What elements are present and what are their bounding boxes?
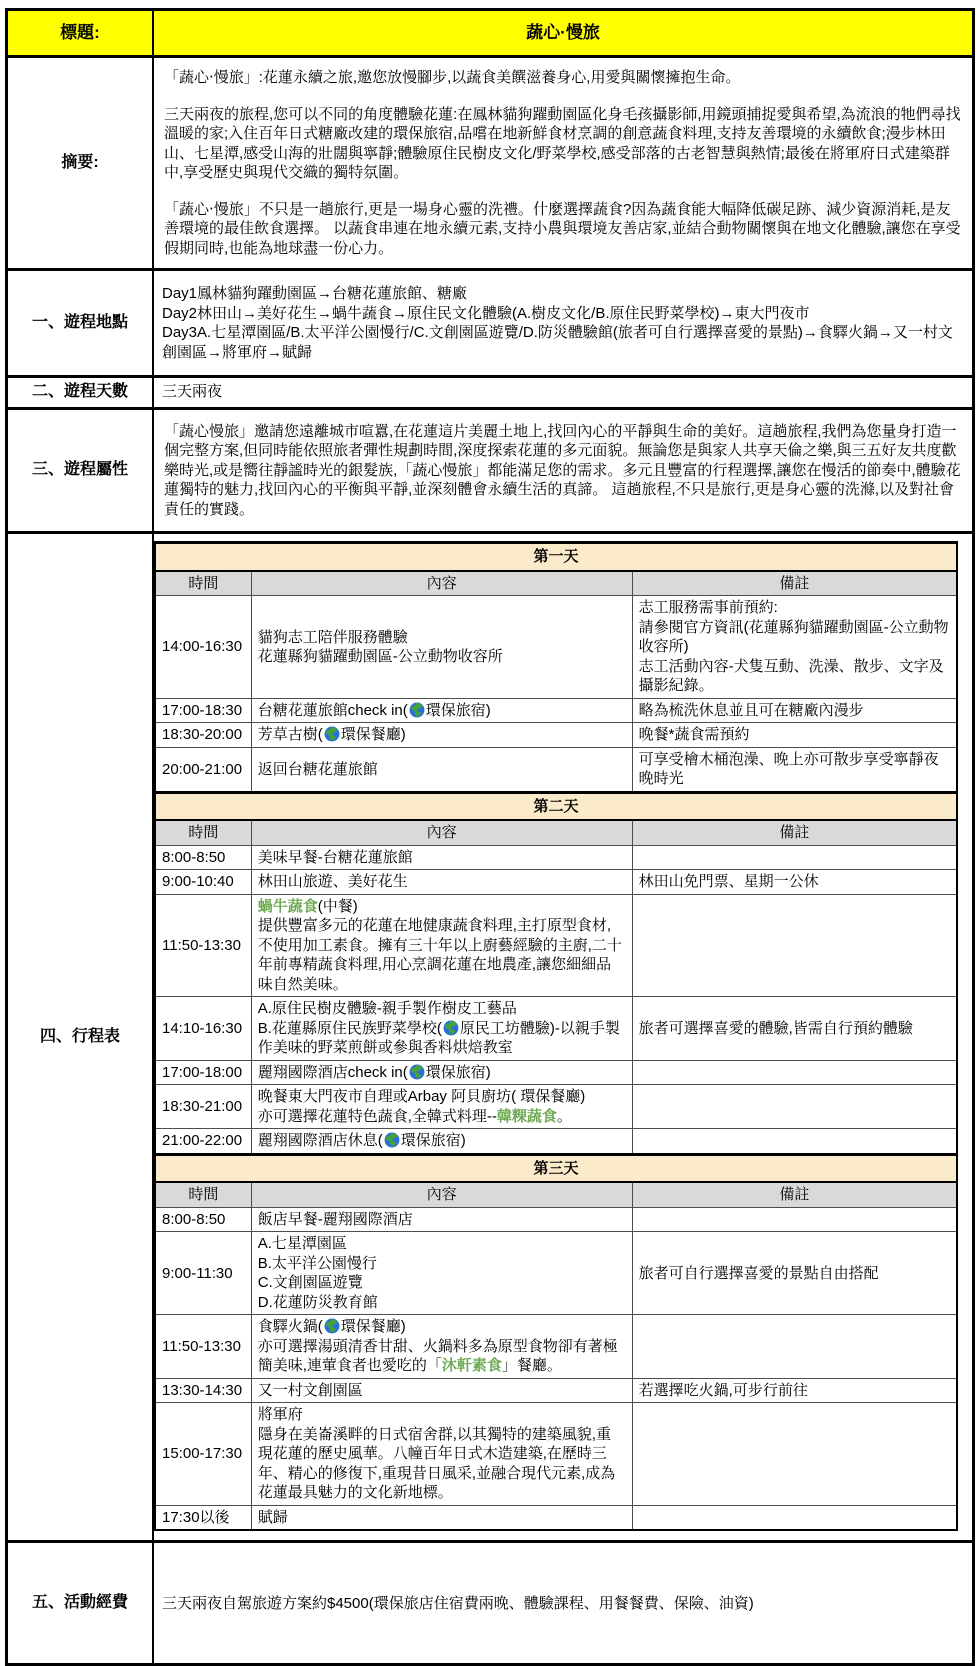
content-cell: 賦歸 bbox=[251, 1505, 632, 1530]
time-cell: 18:30-21:00 bbox=[155, 1085, 251, 1129]
content-text: 」餐廳。 bbox=[502, 1357, 562, 1374]
section-label-budget: 五、活動經費 bbox=[8, 1543, 154, 1663]
note-cell: 旅者可選擇喜愛的體驗,皆需自行預約體驗 bbox=[632, 997, 957, 1061]
note-cell bbox=[632, 845, 957, 870]
time-cell: 11:50-13:30 bbox=[155, 1315, 251, 1379]
summary-text: 「蔬心‧慢旅」:花蓮永續之旅,邀您放慢腳步,以蔬食美饌滋養身心,用愛與關懷擁抱生… bbox=[154, 58, 972, 268]
locations-day1: Day1鳳林貓狗躍動園區→台糖花蓮旅館、糖廠 bbox=[162, 284, 964, 304]
earth-globe-icon bbox=[324, 726, 340, 742]
time-cell: 17:00-18:30 bbox=[155, 698, 251, 723]
restaurant-name-highlight: 沐軒素食 bbox=[442, 1357, 502, 1374]
note-cell bbox=[632, 1207, 957, 1232]
section-label-locations: 一、遊程地點 bbox=[8, 271, 154, 375]
column-header-row: 時間 內容 備註 bbox=[155, 820, 957, 845]
time-cell: 17:00-18:00 bbox=[155, 1060, 251, 1085]
earth-globe-icon bbox=[324, 1318, 340, 1334]
time-cell: 8:00-8:50 bbox=[155, 845, 251, 870]
section-label-schedule: 四、行程表 bbox=[8, 534, 154, 1540]
row-title: 標題: 蔬心·慢旅 bbox=[8, 11, 972, 55]
row-attributes: 三、遊程屬性 「蔬心慢旅」邀請您遠離城市喧囂,在花蓮這片美麗土地上,找回內心的平… bbox=[8, 407, 972, 532]
page-title: 蔬心·慢旅 bbox=[154, 11, 972, 55]
schedule-row: 8:00-8:50 美味早餐-台糖花蓮旅館 bbox=[155, 845, 957, 870]
note-cell: 林田山免門票、星期一公休 bbox=[632, 870, 957, 895]
schedule-row: 9:00-10:40 林田山旅遊、美好花生 林田山免門票、星期一公休 bbox=[155, 870, 957, 895]
note-cell: 若選擇吃火鍋,可步行前往 bbox=[632, 1378, 957, 1403]
title-label: 標題: bbox=[8, 11, 154, 55]
note-cell bbox=[632, 1085, 957, 1129]
schedule-row: 14:00-16:30 貓狗志工陪伴服務體驗 花蓮縣狗貓躍動園區-公立動物收容所… bbox=[155, 596, 957, 699]
note-cell: 晚餐*蔬食需預約 bbox=[632, 723, 957, 748]
time-cell: 14:00-16:30 bbox=[155, 596, 251, 699]
schedule-row: 11:50-13:30 蝸牛蔬食(中餐) 提供豐富多元的花蓮在地健康蔬食料理,主… bbox=[155, 894, 957, 997]
row-schedule: 四、行程表 第一天 時間 內容 備註 14:00-16:30 貓狗志工陪伴服務體… bbox=[8, 531, 972, 1540]
schedule-row: 8:00-8:50 飯店早餐-麗翔國際酒店 bbox=[155, 1207, 957, 1232]
content-line: A.原住民樹皮體驗-親手製作樹皮工藝品 bbox=[258, 999, 626, 1019]
content-cell: 蝸牛蔬食(中餐) 提供豐富多元的花蓮在地健康蔬食料理,主打原型食材,不使用加工素… bbox=[251, 894, 632, 997]
content-cell: 食驛火鍋(環保餐廳) 亦可選擇湯頭清香甘甜、火鍋料多為原型食物卻有著極簡美味,連… bbox=[251, 1315, 632, 1379]
schedule-table: 第一天 時間 內容 備註 14:00-16:30 貓狗志工陪伴服務體驗 花蓮縣狗… bbox=[154, 541, 958, 1531]
note-cell: 可享受檜木桶泡澡、晚上亦可散步享受寧靜夜晚時光 bbox=[632, 747, 957, 792]
note-cell bbox=[632, 1060, 957, 1085]
section-label-duration: 二、遊程天數 bbox=[8, 378, 154, 407]
content-body: 亦可選擇湯頭清香甘甜、火鍋料多為原型食物卻有著極簡美味,連葷食者也愛吃的「沐軒素… bbox=[258, 1337, 626, 1376]
schedule-row: 21:00-22:00 麗翔國際酒店休息(環保旅宿) bbox=[155, 1129, 957, 1155]
content-cell: 將軍府 隱身在美崙溪畔的日式宿舍群,以其獨特的建築風貌,重現花蓮的歷史風華。八幢… bbox=[251, 1403, 632, 1506]
content-cell: 返回台糖花蓮旅館 bbox=[251, 747, 632, 792]
restaurant-name-highlight: 蝸牛蔬食 bbox=[258, 898, 318, 915]
content-cell: 麗翔國際酒店休息(環保旅宿) bbox=[251, 1129, 632, 1155]
time-cell: 13:30-14:30 bbox=[155, 1378, 251, 1403]
locations-day2: Day2林田山→美好花生→蝸牛蔬食→原住民文化體驗(A.樹皮文化/B.原住民野菜… bbox=[162, 304, 964, 324]
restaurant-name-highlight: 韓粿蔬食 bbox=[497, 1108, 557, 1125]
col-header-note: 備註 bbox=[632, 1182, 957, 1207]
content-text: B.花蓮縣原住民族野菜學校( bbox=[258, 1020, 442, 1037]
row-summary: 摘要: 「蔬心‧慢旅」:花蓮永續之旅,邀您放慢腳步,以蔬食美饌滋養身心,用愛與關… bbox=[8, 55, 972, 268]
content-text: 亦可選擇湯頭清香甘甜、火鍋料多為原型食物卻有著極簡美味,連葷食者也愛吃的「 bbox=[258, 1338, 618, 1375]
content-text: 食驛火鍋( bbox=[258, 1318, 323, 1335]
time-cell: 9:00-10:40 bbox=[155, 870, 251, 895]
earth-globe-icon bbox=[409, 1064, 425, 1080]
time-cell: 15:00-17:30 bbox=[155, 1403, 251, 1506]
note-cell: 旅者可自行選擇喜愛的景點自由搭配 bbox=[632, 1232, 957, 1315]
content-text: 麗翔國際酒店check in( bbox=[258, 1064, 408, 1081]
section-label-summary: 摘要: bbox=[8, 58, 154, 268]
day-band: 第一天 bbox=[155, 543, 957, 571]
content-cell: A.七星潭園區 B.太平洋公園慢行 C.文創園區遊覽 D.花蓮防災教育館 bbox=[251, 1232, 632, 1315]
day-3: 第三天 時間 內容 備註 8:00-8:50 飯店早餐-麗翔國際酒店 9:00-… bbox=[155, 1154, 957, 1530]
column-header-row: 時間 內容 備註 bbox=[155, 1182, 957, 1207]
time-cell: 14:10-16:30 bbox=[155, 997, 251, 1061]
col-header-time: 時間 bbox=[155, 1182, 251, 1207]
time-cell: 11:50-13:30 bbox=[155, 894, 251, 997]
time-cell: 9:00-11:30 bbox=[155, 1232, 251, 1315]
content-text: 。 bbox=[557, 1108, 572, 1125]
note-cell bbox=[632, 1403, 957, 1506]
col-header-time: 時間 bbox=[155, 571, 251, 596]
content-cell: 芳草古樹(環保餐廳) bbox=[251, 723, 632, 748]
time-cell: 8:00-8:50 bbox=[155, 1207, 251, 1232]
column-header-row: 時間 內容 備註 bbox=[155, 571, 957, 596]
schedule-row: 20:00-21:00 返回台糖花蓮旅館 可享受檜木桶泡澡、晚上亦可散步享受寧靜… bbox=[155, 747, 957, 792]
locations-day3: Day3A.七星潭園區/B.太平洋公園慢行/C.文創園區遊覽/D.防災體驗館(旅… bbox=[162, 323, 964, 362]
content-cell: 美味早餐-台糖花蓮旅館 bbox=[251, 845, 632, 870]
day-1: 第一天 時間 內容 備註 14:00-16:30 貓狗志工陪伴服務體驗 花蓮縣狗… bbox=[155, 543, 957, 793]
note-cell bbox=[632, 1505, 957, 1530]
schedule-row: 13:30-14:30 又一村文創園區 若選擇吃火鍋,可步行前往 bbox=[155, 1378, 957, 1403]
col-header-content: 內容 bbox=[251, 1182, 632, 1207]
summary-paragraph: 「蔬心‧慢旅」不只是一趟旅行,更是一場身心靈的洗禮。什麼選擇蔬食?因為蔬食能大幅… bbox=[164, 200, 962, 259]
row-duration: 二、遊程天數 三天兩夜 bbox=[8, 375, 972, 407]
content-cell: A.原住民樹皮體驗-親手製作樹皮工藝品 B.花蓮縣原住民族野菜學校(原民工坊體驗… bbox=[251, 997, 632, 1061]
note-cell: 略為梳洗休息並且可在糖廠內漫步 bbox=[632, 698, 957, 723]
locations-text: Day1鳳林貓狗躍動園區→台糖花蓮旅館、糖廠 Day2林田山→美好花生→蝸牛蔬食… bbox=[154, 271, 972, 375]
note-cell bbox=[632, 894, 957, 997]
itinerary-document: 標題: 蔬心·慢旅 摘要: 「蔬心‧慢旅」:花蓮永續之旅,邀您放慢腳步,以蔬食美… bbox=[5, 8, 975, 1666]
content-line: 食驛火鍋(環保餐廳) bbox=[258, 1317, 626, 1337]
content-text: 環保旅宿) bbox=[426, 1064, 491, 1081]
schedule-row: 18:30-21:00 晚餐東大門夜市自理或Arbay 阿貝廚坊( 環保餐廳) … bbox=[155, 1085, 957, 1129]
schedule-row: 17:00-18:00 麗翔國際酒店check in(環保旅宿) bbox=[155, 1060, 957, 1085]
content-cell: 林田山旅遊、美好花生 bbox=[251, 870, 632, 895]
content-cell: 又一村文創園區 bbox=[251, 1378, 632, 1403]
col-header-note: 備註 bbox=[632, 571, 957, 596]
content-cell: 台糖花蓮旅館check in(環保旅宿) bbox=[251, 698, 632, 723]
attributes-text: 「蔬心慢旅」邀請您遠離城市喧囂,在花蓮這片美麗土地上,找回內心的平靜與生命的美好… bbox=[154, 410, 972, 532]
content-cell: 飯店早餐-麗翔國際酒店 bbox=[251, 1207, 632, 1232]
content-text: 環保旅宿) bbox=[426, 702, 491, 719]
section-label-attributes: 三、遊程屬性 bbox=[8, 410, 154, 532]
schedule-row: 11:50-13:30 食驛火鍋(環保餐廳) 亦可選擇湯頭清香甘甜、火鍋料多為原… bbox=[155, 1315, 957, 1379]
schedule-row: 15:00-17:30 將軍府 隱身在美崙溪畔的日式宿舍群,以其獨特的建築風貌,… bbox=[155, 1403, 957, 1506]
note-cell bbox=[632, 1129, 957, 1155]
day-2: 第二天 時間 內容 備註 8:00-8:50 美味早餐-台糖花蓮旅館 9:00-… bbox=[155, 792, 957, 1154]
content-cell: 晚餐東大門夜市自理或Arbay 阿貝廚坊( 環保餐廳) 亦可選擇花蓮特色蔬食,全… bbox=[251, 1085, 632, 1129]
row-locations: 一、遊程地點 Day1鳳林貓狗躍動園區→台糖花蓮旅館、糖廠 Day2林田山→美好… bbox=[8, 268, 972, 375]
schedule-row: 14:10-16:30 A.原住民樹皮體驗-親手製作樹皮工藝品 B.花蓮縣原住民… bbox=[155, 997, 957, 1061]
day-band: 第二天 bbox=[155, 792, 957, 820]
col-header-content: 內容 bbox=[251, 571, 632, 596]
schedule-row: 9:00-11:30 A.七星潭園區 B.太平洋公園慢行 C.文創園區遊覽 D.… bbox=[155, 1232, 957, 1315]
time-cell: 17:30以後 bbox=[155, 1505, 251, 1530]
summary-paragraph: 三天兩夜的旅程,您可以不同的角度體驗花蓮:在鳳林貓狗躍動園區化身毛孩攝影師,用鏡… bbox=[164, 105, 962, 183]
day-band: 第三天 bbox=[155, 1154, 957, 1182]
content-line: 蝸牛蔬食(中餐) bbox=[258, 897, 626, 917]
content-text: (中餐) bbox=[318, 898, 358, 915]
content-cell: 麗翔國際酒店check in(環保旅宿) bbox=[251, 1060, 632, 1085]
content-text: 麗翔國際酒店休息( bbox=[258, 1132, 383, 1149]
content-body: 提供豐富多元的花蓮在地健康蔬食料理,主打原型食材,不使用加工素食。擁有三十年以上… bbox=[258, 916, 626, 994]
content-cell: 貓狗志工陪伴服務體驗 花蓮縣狗貓躍動園區-公立動物收容所 bbox=[251, 596, 632, 699]
content-line: B.花蓮縣原住民族野菜學校(原民工坊體驗)-以親手製作美味的野菜煎餅或參與香料烘… bbox=[258, 1019, 626, 1058]
earth-globe-icon bbox=[409, 702, 425, 718]
schedule-cell: 第一天 時間 內容 備註 14:00-16:30 貓狗志工陪伴服務體驗 花蓮縣狗… bbox=[154, 534, 972, 1540]
earth-globe-icon bbox=[443, 1020, 459, 1036]
content-text: 環保餐廳) bbox=[341, 726, 406, 743]
col-header-content: 內容 bbox=[251, 820, 632, 845]
time-cell: 18:30-20:00 bbox=[155, 723, 251, 748]
content-text: 環保旅宿) bbox=[401, 1132, 466, 1149]
col-header-time: 時間 bbox=[155, 820, 251, 845]
time-cell: 20:00-21:00 bbox=[155, 747, 251, 792]
earth-globe-icon bbox=[384, 1132, 400, 1148]
summary-paragraph: 「蔬心‧慢旅」:花蓮永續之旅,邀您放慢腳步,以蔬食美饌滋養身心,用愛與關懷擁抱生… bbox=[164, 68, 962, 88]
schedule-row: 18:30-20:00 芳草古樹(環保餐廳) 晚餐*蔬食需預約 bbox=[155, 723, 957, 748]
schedule-row: 17:30以後 賦歸 bbox=[155, 1505, 957, 1530]
content-text: 台糖花蓮旅館check in( bbox=[258, 702, 408, 719]
content-text: 環保餐廳) bbox=[341, 1318, 406, 1335]
budget-text: 三天兩夜自駕旅遊方案約$4500(環保旅店住宿費兩晚、體驗課程、用餐餐費、保險、… bbox=[154, 1543, 972, 1663]
col-header-note: 備註 bbox=[632, 820, 957, 845]
time-cell: 21:00-22:00 bbox=[155, 1129, 251, 1155]
duration-value: 三天兩夜 bbox=[154, 378, 972, 407]
note-cell: 志工服務需事前預約: 請參閱官方資訊(花蓮縣狗貓躍動園區-公立動物收容所) 志工… bbox=[632, 596, 957, 699]
schedule-row: 17:00-18:30 台糖花蓮旅館check in(環保旅宿) 略為梳洗休息並… bbox=[155, 698, 957, 723]
note-cell bbox=[632, 1315, 957, 1379]
content-text: 芳草古樹( bbox=[258, 726, 323, 743]
